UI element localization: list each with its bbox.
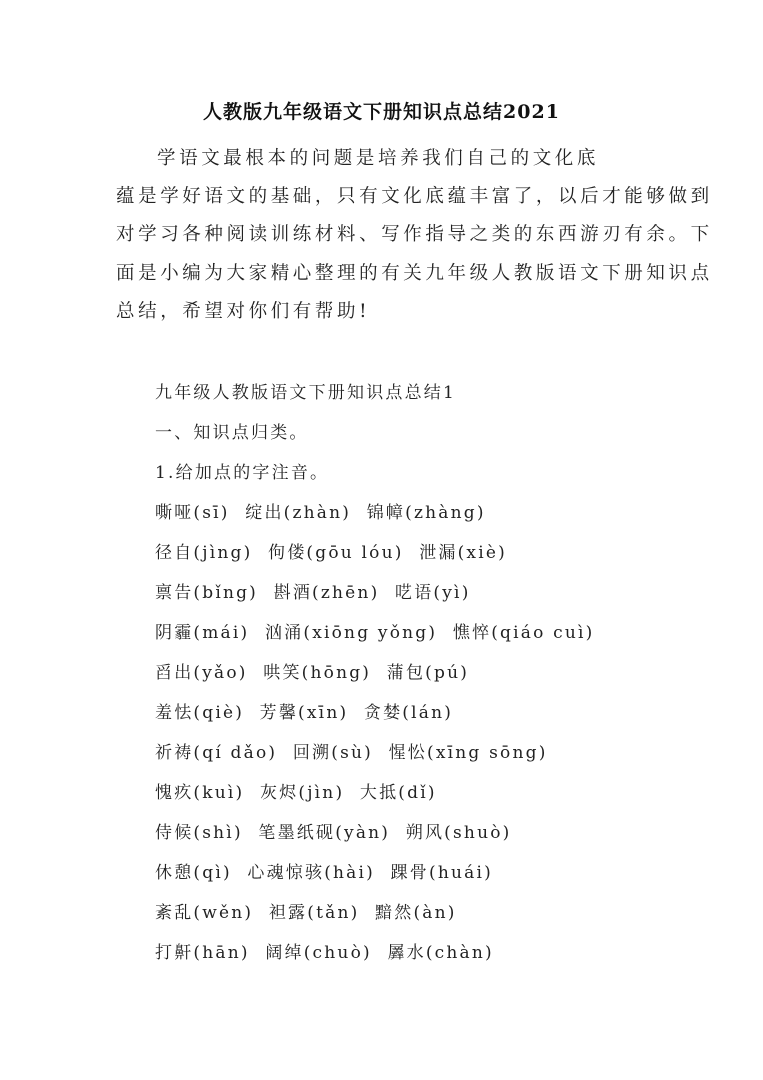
- pinyin-item: 心魂惊骇(hài): [247, 863, 375, 883]
- pinyin-item: 芳馨(xīn): [260, 703, 349, 723]
- intro-line: 总结，希望对你们有帮助!: [116, 293, 636, 331]
- pinyin-row: 愧疚(kuì) 灰烬(jìn) 大抵(dǐ): [155, 780, 675, 820]
- pinyin-item: 羞怯(qiè): [155, 703, 244, 723]
- pinyin-item: 羼水(chàn): [387, 943, 493, 963]
- intro-paragraph: 学语文最根本的问题是培养我们自己的文化底 蕴是学好语文的基础，只有文化底蕴丰富了…: [116, 140, 636, 331]
- pinyin-item: 打鼾(hān): [155, 943, 250, 963]
- pinyin-item: 踝骨(huái): [391, 863, 493, 883]
- pinyin-item: 愧疚(kuì): [155, 783, 244, 803]
- pinyin-item: 侍候(shì): [155, 823, 243, 843]
- intro-line: 面是小编为大家精心整理的有关九年级人教版语文下册知识点: [116, 255, 636, 293]
- pinyin-item: 斟酒(zhēn): [274, 583, 380, 603]
- pinyin-row: 舀出(yǎo) 哄笑(hōng) 蒲包(pú): [155, 660, 675, 700]
- pinyin-item: 阴霾(mái): [155, 623, 249, 643]
- pinyin-row: 紊乱(wěn) 袒露(tǎn) 黯然(àn): [155, 900, 675, 940]
- pinyin-item: 祈祷(qí dǎo): [155, 743, 277, 763]
- pinyin-item: 朔风(shuò): [406, 823, 512, 843]
- pinyin-item: 绽出(zhàn): [245, 503, 351, 523]
- document-page: 人教版九年级语文下册知识点总结2021 学语文最根本的问题是培养我们自己的文化底…: [0, 0, 763, 1080]
- intro-line: 对学习各种阅读训练材料、写作指导之类的东西游刃有余。下: [116, 216, 636, 254]
- pinyin-item: 舀出(yǎo): [155, 663, 248, 683]
- pinyin-item: 泄漏(xiè): [419, 543, 507, 563]
- pinyin-item: 回溯(sù): [293, 743, 373, 763]
- pinyin-item: 贪婪(lán): [364, 703, 453, 723]
- pinyin-item: 休憩(qì): [155, 863, 232, 883]
- pinyin-row: 阴霾(mái) 汹涌(xiōng yǒng) 憔悴(qiáo cuì): [155, 620, 675, 660]
- document-title: 人教版九年级语文下册知识点总结2021: [0, 99, 763, 125]
- pinyin-row: 祈祷(qí dǎo) 回溯(sù) 惺忪(xīng sōng): [155, 740, 675, 780]
- pinyin-item: 禀告(bǐng): [155, 583, 258, 603]
- pinyin-item: 锦幛(zhàng): [367, 503, 486, 523]
- intro-line: 蕴是学好语文的基础，只有文化底蕴丰富了，以后才能够做到: [116, 178, 636, 216]
- pinyin-item: 笔墨纸砚(yàn): [258, 823, 390, 843]
- pinyin-item: 佝偻(gōu lóu): [268, 543, 404, 563]
- pinyin-row: 径自(jìng) 佝偻(gōu lóu) 泄漏(xiè): [155, 540, 675, 580]
- pinyin-item: 袒露(tǎn): [269, 903, 360, 923]
- pinyin-row: 休憩(qì) 心魂惊骇(hài) 踝骨(huái): [155, 860, 675, 900]
- pinyin-row: 嘶哑(sī) 绽出(zhàn) 锦幛(zhàng): [155, 500, 675, 540]
- pinyin-item: 蒲包(pú): [387, 663, 469, 683]
- pinyin-row: 羞怯(qiè) 芳馨(xīn) 贪婪(lán): [155, 700, 675, 740]
- pinyin-item: 大抵(dǐ): [360, 783, 437, 803]
- pinyin-item: 黯然(àn): [375, 903, 457, 923]
- pinyin-item: 嘶哑(sī): [155, 503, 230, 523]
- intro-line: 学语文最根本的问题是培养我们自己的文化底: [116, 140, 636, 178]
- exercise-heading: 1.给加点的字注音。: [155, 460, 675, 500]
- section-heading: 九年级人教版语文下册知识点总结1: [155, 380, 675, 420]
- pinyin-item: 径自(jìng): [155, 543, 252, 563]
- pinyin-row: 侍候(shì) 笔墨纸砚(yàn) 朔风(shuò): [155, 820, 675, 860]
- pinyin-item: 阔绰(chuò): [265, 943, 372, 963]
- pinyin-item: 哄笑(hōng): [263, 663, 371, 683]
- pinyin-item: 紊乱(wěn): [155, 903, 253, 923]
- pinyin-item: 惺忪(xīng sōng): [389, 743, 548, 763]
- subheading: 一、知识点归类。: [155, 420, 675, 460]
- pinyin-item: 憔悴(qiáo cuì): [453, 623, 595, 643]
- pinyin-item: 汹涌(xiōng yǒng): [265, 623, 437, 643]
- pinyin-item: 灰烬(jìn): [260, 783, 344, 803]
- knowledge-section: 九年级人教版语文下册知识点总结1 一、知识点归类。 1.给加点的字注音。 嘶哑(…: [155, 380, 675, 980]
- pinyin-item: 呓语(yì): [395, 583, 471, 603]
- pinyin-row: 打鼾(hān) 阔绰(chuò) 羼水(chàn): [155, 940, 675, 980]
- pinyin-row: 禀告(bǐng) 斟酒(zhēn) 呓语(yì): [155, 580, 675, 620]
